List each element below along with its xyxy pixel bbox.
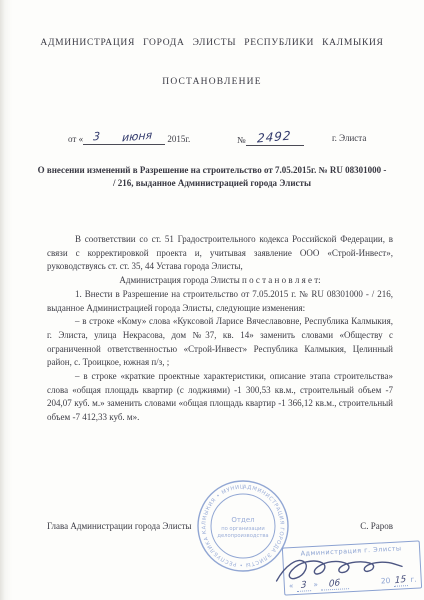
paragraph-resolution: Администрация города Элисты п о с т а н … [47, 274, 393, 288]
document-body: В соответствии со ст. 51 Градостроительн… [47, 233, 393, 425]
round-stamp-line1: Отдел [231, 516, 254, 524]
signatory-name: С. Раров [360, 521, 393, 531]
stamp-year-suffix: г. [410, 575, 417, 584]
paragraph-item-1: 1. Внести в Разрешение на строительство … [47, 288, 393, 315]
paragraph-legal-basis: В соответствии со ст. 51 Градостроительн… [47, 233, 393, 274]
stamp-year-prefix: 20 [381, 576, 391, 585]
handwritten-month: июня [109, 133, 165, 145]
quote-close: » [313, 580, 318, 589]
number-label: № [237, 135, 246, 145]
date-group: от «3июня 2015г. [68, 133, 190, 145]
stamp-month-slot: 06 [321, 578, 350, 590]
handwritten-number: 2492 [246, 133, 304, 146]
document-page: АДМИНИСТРАЦИЯ ГОРОДА ЭЛИСТЫ РЕСПУБЛИКИ К… [0, 0, 424, 600]
registration-stamp: Администрация г. Элисты « 3 » 06 20 15 г… [282, 540, 422, 595]
date-number-line: от «3июня 2015г. №2492 г. Элиста [0, 127, 424, 149]
stamp-day-slot: 3 [296, 580, 311, 592]
city-label: г. Элиста [332, 133, 366, 143]
document-type-title: ПОСТАНОВЛЕНИЕ [0, 77, 424, 87]
organization-header: АДМИНИСТРАЦИЯ ГОРОДА ЭЛИСТЫ РЕСПУБЛИКИ К… [0, 38, 424, 48]
handwritten-day: 3 [83, 133, 109, 145]
paragraph-change-komu: – в строке «Кому» слова «Куксовой Ларисе… [47, 315, 393, 370]
date-year: 2015г. [167, 134, 190, 144]
date-prefix: от « [68, 134, 83, 144]
quote-open: « [289, 581, 294, 590]
round-stamp-line2: по организации [221, 526, 265, 532]
paragraph-change-characteristics: – в строке «краткие проектные характерис… [47, 370, 393, 425]
round-stamp-line3: делопроизводства [217, 533, 268, 539]
number-group: №2492 [237, 133, 304, 146]
signatory-position: Глава Администрации города Элисты [47, 521, 191, 531]
document-title: О внесении изменений в Разрешение на стр… [36, 164, 388, 190]
stamp-year-slot: 15 [393, 575, 408, 587]
